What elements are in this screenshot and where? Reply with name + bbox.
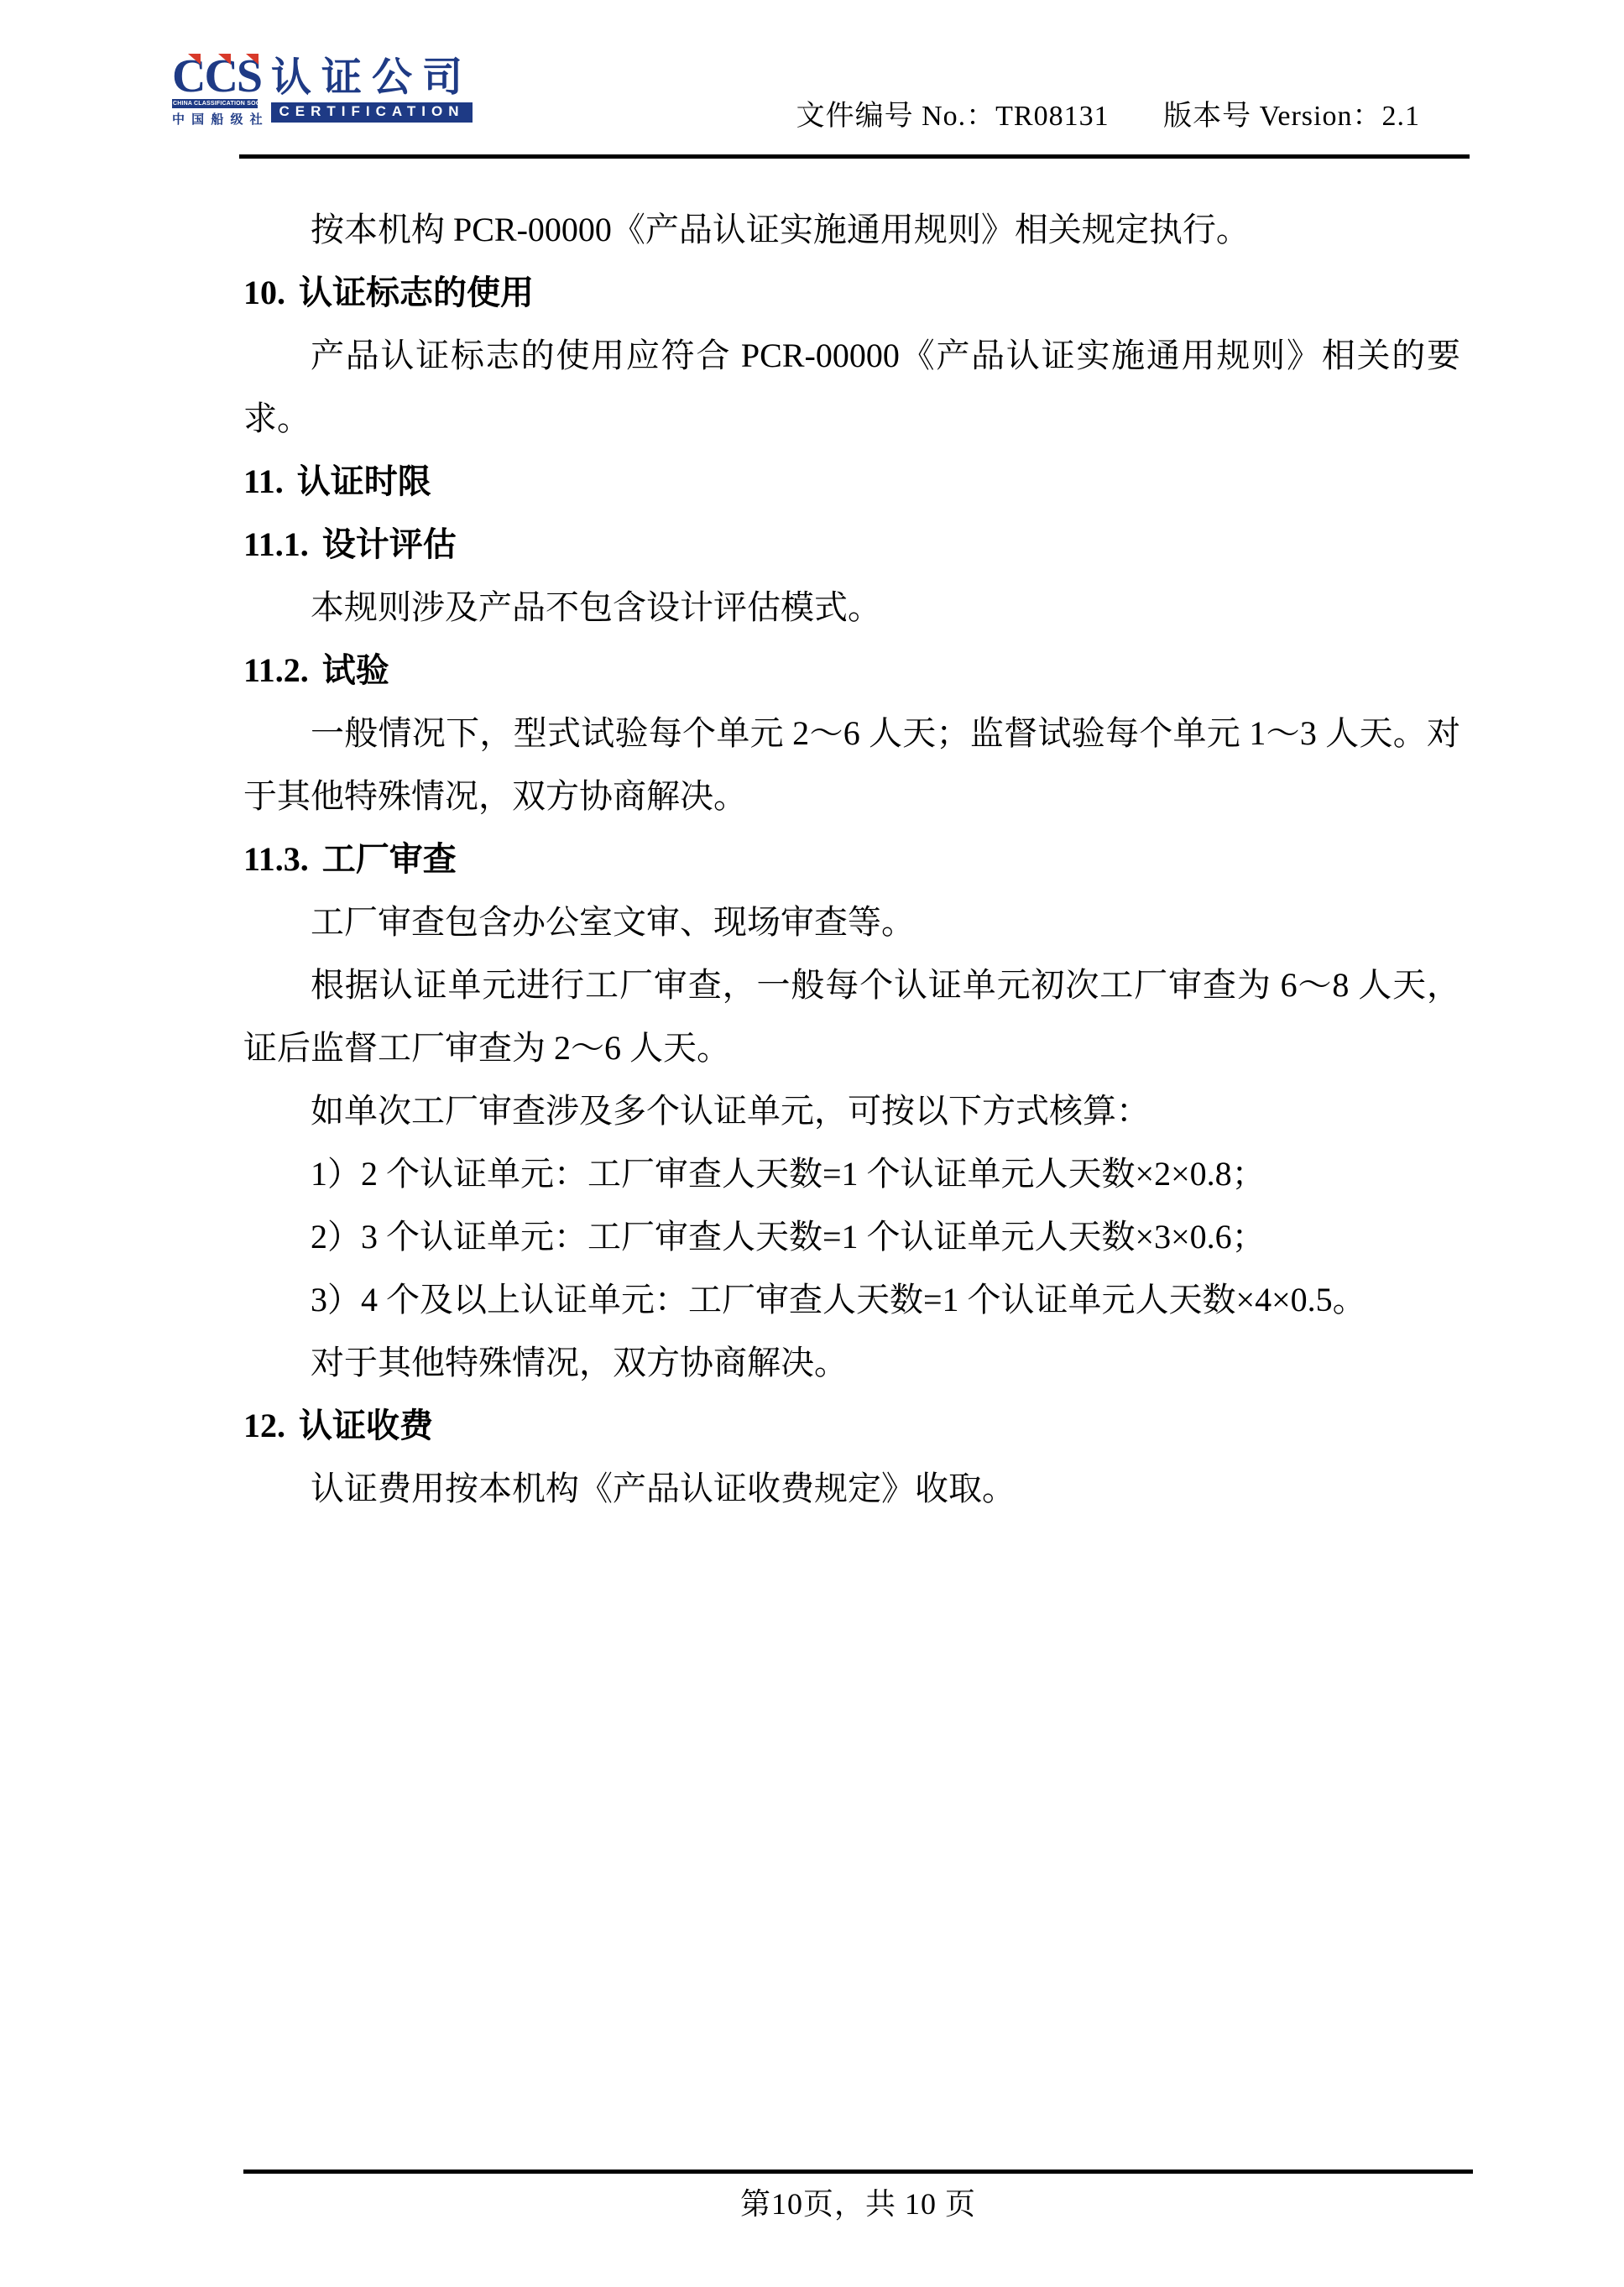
footer-divider (243, 2170, 1473, 2174)
page-indicator: 第10页，共 10 页 (243, 2180, 1473, 2223)
paragraph: 认证费用按本机构《产品认证收费规定》收取。 (243, 1457, 1460, 1520)
paragraph: 本规则涉及产品不包含设计评估模式。 (243, 576, 1460, 639)
section-heading-10: 10.认证标志的使用 (243, 261, 1460, 324)
ccs-logo-left: CCS CHINA CLASSIFICATION SOCIETY 中 国 船 级… (172, 57, 258, 128)
paragraph: 如单次工厂审查涉及多个认证单元，可按以下方式核算： (243, 1079, 1460, 1142)
list-item-2: 2）3 个认证单元：工厂审查人天数=1 个认证单元人天数×3×0.6； (243, 1205, 1460, 1268)
paragraph: 按本机构 PCR-00000《产品认证实施通用规则》相关规定执行。 (243, 198, 1460, 261)
heading-title: 认证标志的使用 (299, 274, 534, 311)
document-body: 按本机构 PCR-00000《产品认证实施通用规则》相关规定执行。 10.认证标… (243, 198, 1460, 1520)
certification-banner: CERTIFICATION (271, 102, 473, 123)
section-heading-11-3: 11.3.工厂审查 (243, 828, 1460, 890)
heading-number: 10. (243, 274, 285, 311)
header-meta: 文件编号 No.：TR08131 版本号 Version：2.1 (796, 92, 1420, 133)
ccs-wordmark: CCS (172, 57, 258, 96)
list-item-3: 3）4 个及以上认证单元：工厂审查人天数=1 个认证单元人天数×4×0.5。 (243, 1268, 1460, 1331)
heading-title: 认证收费 (299, 1407, 433, 1444)
heading-title: 设计评估 (322, 525, 457, 563)
heading-title: 工厂审查 (322, 840, 457, 878)
ccs-letters: CCS (172, 50, 261, 102)
paragraph: 根据认证单元进行工厂审查，一般每个认证单元初次工厂审查为 6～8 人天，证后监督… (243, 953, 1460, 1079)
heading-number: 11.2. (243, 651, 309, 689)
paragraph: 对于其他特殊情况，双方协商解决。 (243, 1331, 1460, 1394)
society-name-cn: 中 国 船 级 社 (172, 110, 258, 128)
paragraph: 工厂审查包含办公室文审、现场审查等。 (243, 890, 1460, 953)
heading-number: 11. (243, 462, 284, 500)
heading-number: 11.3. (243, 840, 309, 878)
paragraph: 一般情况下，型式试验每个单元 2～6 人天；监督试验每个单元 1～3 人天。对于… (243, 702, 1460, 828)
heading-number: 12. (243, 1407, 285, 1444)
heading-title: 试验 (322, 651, 389, 689)
list-item-1: 1）2 个认证单元：工厂审查人天数=1 个认证单元人天数×2×0.8； (243, 1142, 1460, 1205)
doc-number: 文件编号 No.：TR08131 (796, 101, 1110, 132)
company-name-cn: 认证公司 (271, 57, 473, 99)
ccs-logo: CCS CHINA CLASSIFICATION SOCIETY 中 国 船 级… (172, 57, 473, 128)
heading-title: 认证时限 (297, 462, 431, 500)
section-heading-12: 12.认证收费 (243, 1394, 1460, 1457)
header-divider (239, 154, 1470, 159)
paragraph: 产品认证标志的使用应符合 PCR-00000《产品认证实施通用规则》相关的要求。 (243, 324, 1460, 450)
doc-version: 版本号 Version：2.1 (1163, 101, 1420, 132)
ccs-logo-right: 认证公司 CERTIFICATION (271, 57, 473, 128)
section-heading-11: 11.认证时限 (243, 450, 1460, 513)
document-page: CCS CHINA CLASSIFICATION SOCIETY 中 国 船 级… (0, 0, 1624, 2287)
heading-number: 11.1. (243, 525, 309, 563)
section-heading-11-1: 11.1.设计评估 (243, 513, 1460, 576)
section-heading-11-2: 11.2.试验 (243, 639, 1460, 702)
